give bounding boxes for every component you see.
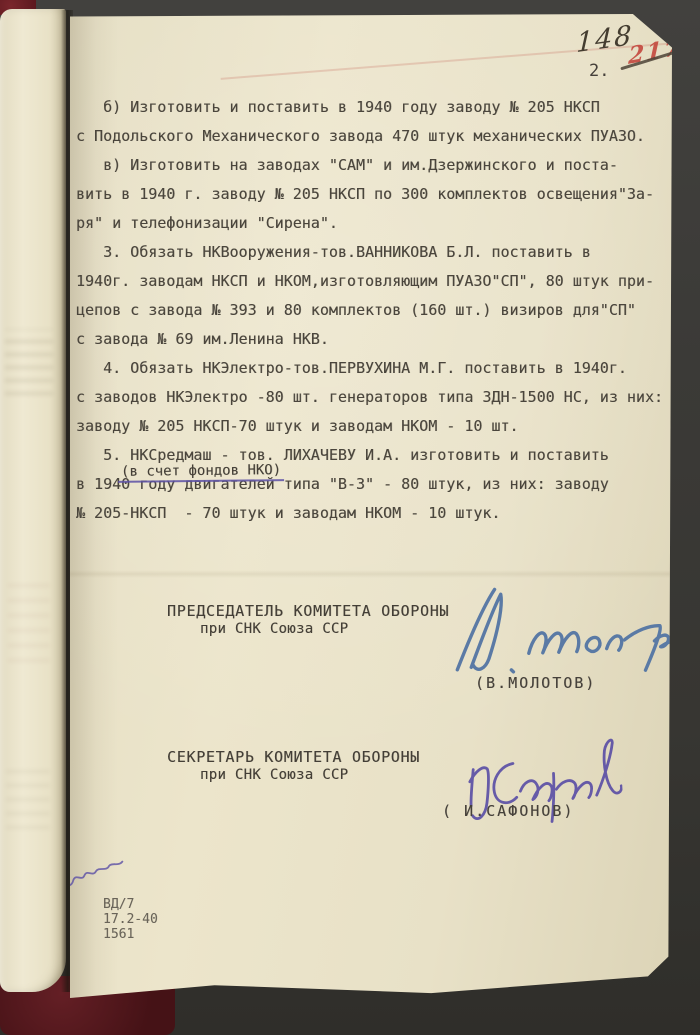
bleedthrough-smudge bbox=[6, 769, 50, 829]
text-line: 3. Обязать НКВооружения-тов.ВАННИКОВА Б.… bbox=[76, 238, 670, 267]
chairman-subtitle: при СНК Союза ССР bbox=[200, 620, 348, 638]
bleedthrough-smudge bbox=[5, 329, 53, 395]
text-line: 1940г. заводам НКСП и НКОМ,изготовляющим… bbox=[76, 267, 670, 296]
folio-number-handwritten: 148 bbox=[576, 20, 634, 59]
archival-scan: 148 217 2. б) Изготовить и поставить в 1… bbox=[0, 0, 700, 1035]
text-line: цепов с завода № 393 и 80 комплектов (16… bbox=[76, 296, 670, 325]
text-line: 4. Обязать НКЭлектро-тов.ПЕРВУХИНА М.Г. … bbox=[76, 354, 670, 383]
text-line: ря" и телефонизации "Сирена". bbox=[76, 209, 670, 238]
text-line: с заводов НКЭлектро -80 шт. генераторов … bbox=[76, 383, 670, 412]
bleedthrough-smudge bbox=[8, 584, 50, 662]
paper-crease bbox=[70, 570, 672, 578]
previous-page-edge bbox=[0, 9, 66, 992]
text-line: заводу № 205 НКСП-70 штук и заводам НКОМ… bbox=[76, 412, 670, 441]
registry-stamp-block: ВД/7 17.2-40 1561 bbox=[103, 897, 158, 942]
text-line: с завода № 69 им.Ленина НКВ. bbox=[76, 325, 670, 354]
text-line: б) Изготовить и поставить в 1940 году за… bbox=[76, 93, 670, 122]
molotov-signature bbox=[446, 578, 684, 681]
registry-line: 17.2-40 bbox=[103, 912, 158, 927]
text-line: № 205-НКСП - 70 штук и заводам НКОМ - 10… bbox=[76, 499, 670, 528]
body-text: б) Изготовить и поставить в 1940 году за… bbox=[76, 93, 670, 528]
registry-line: 1561 bbox=[103, 927, 158, 942]
ink-insertion-note: (в счет фондов НКО) bbox=[118, 462, 284, 483]
secretary-name-typed: ( И.САФОНОВ) bbox=[442, 801, 574, 821]
secretary-subtitle: при СНК Союза ССР bbox=[200, 766, 348, 784]
secretary-title: СЕКРЕТАРЬ КОМИТЕТА ОБОРОНЫ bbox=[167, 748, 420, 766]
registry-line: ВД/7 bbox=[103, 897, 158, 912]
chairman-name-typed: (В.МОЛОТОВ) bbox=[475, 673, 596, 693]
text-line: в) Изготовить на заводах "САМ" и им.Дзер… bbox=[76, 151, 670, 180]
page-number: 2. bbox=[589, 61, 609, 81]
text-line: вить в 1940 г. заводу № 205 НКСП по 300 … bbox=[76, 180, 670, 209]
text-line: с Подольского Механического завода 470 ш… bbox=[76, 122, 670, 151]
chairman-title: ПРЕДСЕДАТЕЛЬ КОМИТЕТА ОБОРОНЫ bbox=[167, 602, 449, 620]
document-page: 148 217 2. б) Изготовить и поставить в 1… bbox=[70, 14, 672, 1000]
